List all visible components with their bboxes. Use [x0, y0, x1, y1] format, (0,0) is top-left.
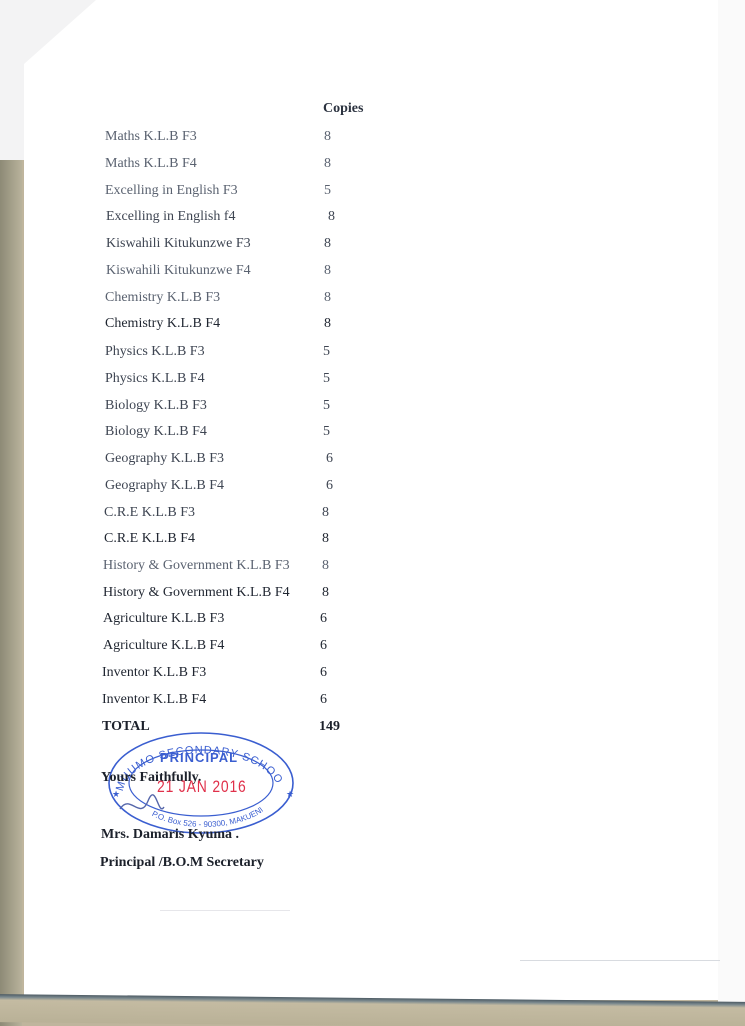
signatory-role: Principal /B.O.M Secretary: [100, 855, 264, 871]
book-title: Inventor K.L.B F3: [102, 665, 206, 681]
book-row: Inventor K.L.B F46: [0, 692, 745, 714]
book-row: Kiswahili Kitukunzwe F38: [0, 236, 745, 258]
book-row: C.R.E K.L.B F48: [0, 531, 745, 553]
book-row: Maths K.L.B F38: [0, 129, 745, 151]
book-row: Biology K.L.B F45: [0, 424, 745, 446]
book-row: Agriculture K.L.B F46: [0, 638, 745, 660]
book-copies: 6: [320, 638, 327, 654]
book-copies: 5: [324, 183, 331, 199]
book-row: Agriculture K.L.B F36: [0, 611, 745, 633]
book-title: History & Government K.L.B F4: [103, 585, 290, 601]
scan-artifact-line: [520, 960, 720, 961]
signatory-name: Mrs. Damaris Kyuma .: [101, 827, 239, 843]
book-title: Geography K.L.B F4: [105, 478, 224, 494]
book-copies: 6: [326, 478, 333, 494]
book-copies: 8: [322, 558, 329, 574]
book-copies: 8: [322, 585, 329, 601]
book-copies: 5: [323, 371, 330, 387]
book-copies: 8: [324, 236, 331, 252]
book-title: History & Government K.L.B F3: [103, 558, 290, 574]
book-title: Excelling in English F3: [105, 183, 238, 199]
book-row: Physics K.L.B F35: [0, 344, 745, 366]
book-title: Maths K.L.B F4: [105, 156, 197, 172]
stamp-date: 21 JAN 2016: [157, 777, 247, 797]
scan-artifact-line: [160, 910, 290, 911]
book-copies: 8: [324, 156, 331, 172]
book-row: Physics K.L.B F45: [0, 371, 745, 393]
book-row: Chemistry K.L.B F38: [0, 290, 745, 312]
book-title: Chemistry K.L.B F4: [105, 316, 220, 332]
book-title: Inventor K.L.B F4: [102, 692, 206, 708]
book-row: Kiswahili Kitukunzwe F48: [0, 263, 745, 285]
book-title: Excelling in English f4: [106, 209, 235, 225]
book-copies: 8: [324, 263, 331, 279]
star-icon: ★: [286, 789, 294, 799]
book-row: C.R.E K.L.B F38: [0, 505, 745, 527]
book-copies: 8: [324, 316, 331, 332]
book-title: Biology K.L.B F4: [105, 424, 207, 440]
book-row: History & Government K.L.B F48: [0, 585, 745, 607]
book-row: Maths K.L.B F48: [0, 156, 745, 178]
book-row: Excelling in English f48: [0, 209, 745, 231]
book-title: Geography K.L.B F3: [105, 451, 224, 467]
stamp-title: PRINCIPAL: [160, 750, 238, 765]
book-row: Inventor K.L.B F36: [0, 665, 745, 687]
book-copies: 6: [320, 665, 327, 681]
book-row: Biology K.L.B F35: [0, 398, 745, 420]
book-title: Agriculture K.L.B F4: [103, 638, 224, 654]
book-title: Kiswahili Kitukunzwe F4: [106, 263, 251, 279]
book-copies: 6: [326, 451, 333, 467]
book-row: Geography K.L.B F36: [0, 451, 745, 473]
book-copies: 8: [324, 290, 331, 306]
book-title: Kiswahili Kitukunzwe F3: [106, 236, 251, 252]
total-value: 149: [319, 719, 340, 735]
book-copies: 5: [323, 344, 330, 360]
book-copies: 8: [328, 209, 335, 225]
book-title: Maths K.L.B F3: [105, 129, 197, 145]
book-title: Agriculture K.L.B F3: [103, 611, 224, 627]
book-row: History & Government K.L.B F38: [0, 558, 745, 580]
book-copies: 8: [322, 505, 329, 521]
book-title: Biology K.L.B F3: [105, 398, 207, 414]
book-copies: 5: [323, 424, 330, 440]
book-copies: 6: [320, 692, 327, 708]
book-copies: 8: [324, 129, 331, 145]
book-title: C.R.E K.L.B F4: [104, 531, 195, 547]
book-row: Geography K.L.B F46: [0, 478, 745, 500]
copies-column-header: Copies: [323, 101, 363, 117]
book-title: Physics K.L.B F3: [105, 344, 205, 360]
book-copies: 8: [322, 531, 329, 547]
star-icon: ★: [112, 789, 120, 799]
book-copies: 6: [320, 611, 327, 627]
book-copies: 5: [323, 398, 330, 414]
book-title: Chemistry K.L.B F3: [105, 290, 220, 306]
book-row: Excelling in English F35: [0, 183, 745, 205]
book-row: Chemistry K.L.B F48: [0, 316, 745, 338]
book-title: C.R.E K.L.B F3: [104, 505, 195, 521]
book-title: Physics K.L.B F4: [105, 371, 205, 387]
